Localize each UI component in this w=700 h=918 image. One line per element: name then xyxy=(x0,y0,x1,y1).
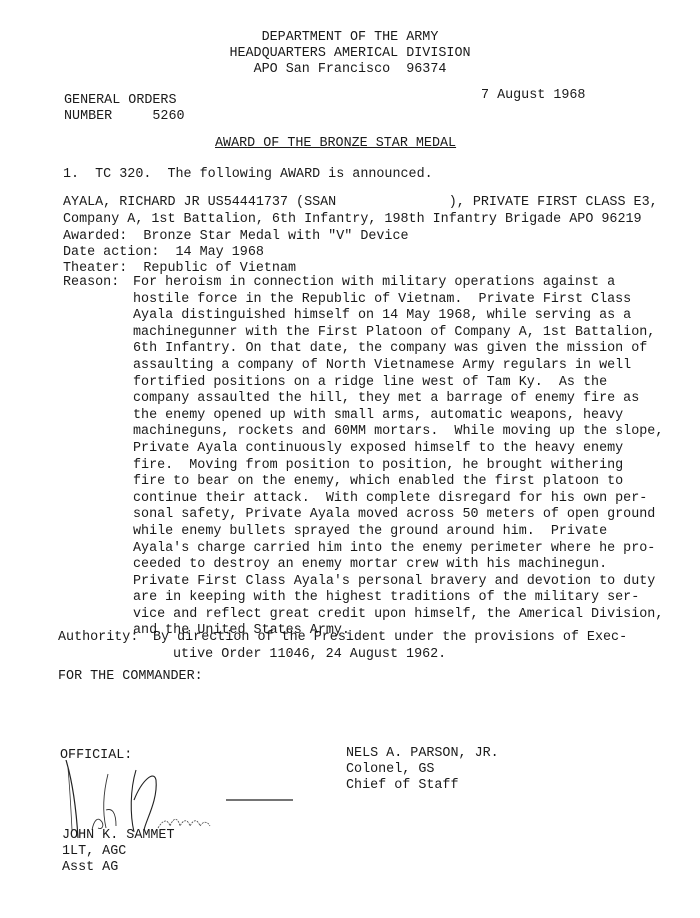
letterhead-line: APO San Francisco 96374 xyxy=(200,62,500,78)
reason-text: For heroism in connection with military … xyxy=(133,275,663,640)
recipient-line: AYALA, RICHARD JR US54441737 (SSAN ), PR… xyxy=(63,195,658,211)
reason-line: For heroism in connection with military … xyxy=(133,275,663,292)
awarded-line: Awarded: Bronze Star Medal with "V" Devi… xyxy=(63,229,409,245)
order-number: NUMBER 5260 xyxy=(64,109,185,125)
official-name: JOHN K. SAMMET xyxy=(62,828,175,844)
reason-line: the enemy opened up with small arms, aut… xyxy=(133,408,663,425)
reason-line: fire to bear on the enemy, which enabled… xyxy=(133,474,663,491)
reason-line: company assaulted the hill, they met a b… xyxy=(133,391,663,408)
letterhead: DEPARTMENT OF THE ARMY HEADQUARTERS AMER… xyxy=(200,30,500,78)
reason-line: 6th Infantry. On that date, the company … xyxy=(133,341,663,358)
reason-label: Reason: xyxy=(63,275,119,291)
authority-text: By direction of the President under the … xyxy=(153,630,627,663)
reason-line: Ayala's charge carried him into the enem… xyxy=(133,541,663,558)
reason-line: Private Ayala continuously exposed himse… xyxy=(133,441,663,458)
reason-line: sonal safety, Private Ayala moved across… xyxy=(133,507,663,524)
reason-line: assaulting a company of North Vietnamese… xyxy=(133,358,663,375)
reason-line: fire. Moving from position to position, … xyxy=(133,458,663,475)
reason-line: Ayala distinguished himself on 14 May 19… xyxy=(133,308,663,325)
for-the-commander: FOR THE COMMANDER: xyxy=(58,669,203,685)
reason-line: machineguns, rockets and 60MM mortars. W… xyxy=(133,424,663,441)
authority-line: By direction of the President under the … xyxy=(153,630,627,647)
date-action-line: Date action: 14 May 1968 xyxy=(63,245,264,261)
authority-line: utive Order 11046, 24 August 1962. xyxy=(153,647,627,664)
reason-line: while enemy bullets sprayed the ground a… xyxy=(133,524,663,541)
reason-line: are in keeping with the highest traditio… xyxy=(133,590,663,607)
intro-line: 1. TC 320. The following AWARD is announ… xyxy=(63,167,433,183)
commander-title: Chief of Staff xyxy=(346,778,459,794)
official-title: Asst AG xyxy=(62,860,118,876)
document-title: AWARD OF THE BRONZE STAR MEDAL xyxy=(215,136,456,152)
reason-line: continue their attack. With complete dis… xyxy=(133,491,663,508)
reason-line: Private First Class Ayala's personal bra… xyxy=(133,574,663,591)
reason-line: vice and reflect great credit upon himse… xyxy=(133,607,663,624)
order-date: 7 August 1968 xyxy=(481,88,585,104)
general-orders-label: GENERAL ORDERS xyxy=(64,93,177,109)
reason-line: hostile force in the Republic of Vietnam… xyxy=(133,292,663,309)
reason-line: ceeded to destroy an enemy mortar crew w… xyxy=(133,557,663,574)
letterhead-line: HEADQUARTERS AMERICAL DIVISION xyxy=(200,46,500,62)
commander-rank: Colonel, GS xyxy=(346,762,434,778)
reason-line: machinegunner with the First Platoon of … xyxy=(133,325,663,342)
reason-line: fortified positions on a ridge line west… xyxy=(133,375,663,392)
official-rank: 1LT, AGC xyxy=(62,844,126,860)
unit-line: Company A, 1st Battalion, 6th Infantry, … xyxy=(63,212,642,228)
authority-label: Authority: xyxy=(58,630,138,646)
commander-name: NELS A. PARSON, JR. xyxy=(346,746,499,762)
letterhead-line: DEPARTMENT OF THE ARMY xyxy=(200,30,500,46)
